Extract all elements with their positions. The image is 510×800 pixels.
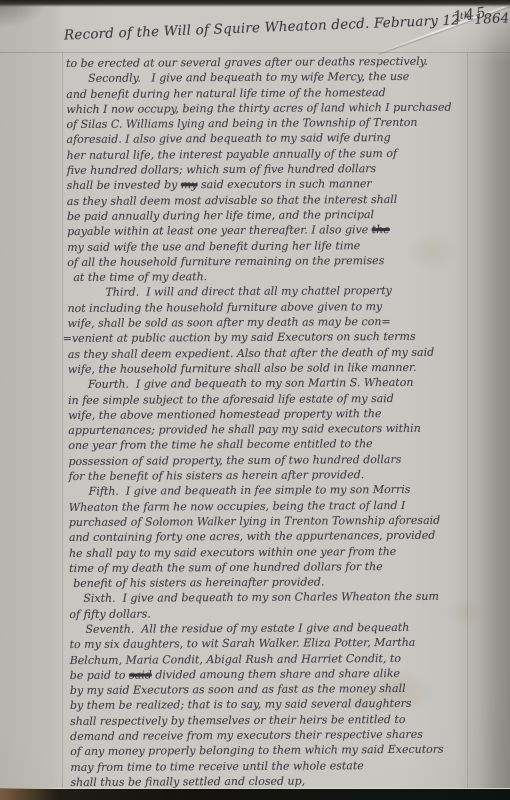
page-title: Record of the Will of Squire Wheaton dec… — [64, 11, 484, 44]
manuscript-line: Sixth. I give and bequeath to my son Cha… — [83, 589, 473, 607]
manuscript-line: and containing forty one acres, with the… — [69, 528, 473, 546]
photo-top-edge — [0, 0, 510, 7]
page-title-year: 1864. — [470, 10, 510, 28]
manuscript-line: to be erected at our several graves afte… — [66, 54, 470, 72]
manuscript-line: appurtenances; provided he shall pay my … — [68, 421, 472, 439]
table-corner — [0, 788, 58, 800]
ledger-page-photo: 145. Record of the Will of Squire Wheato… — [0, 0, 510, 800]
date-superscript: th — [460, 11, 470, 21]
manuscript-line: of any money properly belonging to them … — [70, 742, 474, 760]
manuscript-text: to be erected at our several graves afte… — [66, 54, 474, 791]
left-margin-rule — [62, 53, 63, 788]
photo-bottom-edge — [0, 788, 510, 800]
page-title-text: Record of the Will of Squire Wheaton dec… — [64, 12, 461, 43]
manuscript-line: of Silas C. Williams lying and being in … — [66, 115, 470, 133]
manuscript-line: to my six daughters, to wit Sarah Walker… — [70, 635, 474, 653]
